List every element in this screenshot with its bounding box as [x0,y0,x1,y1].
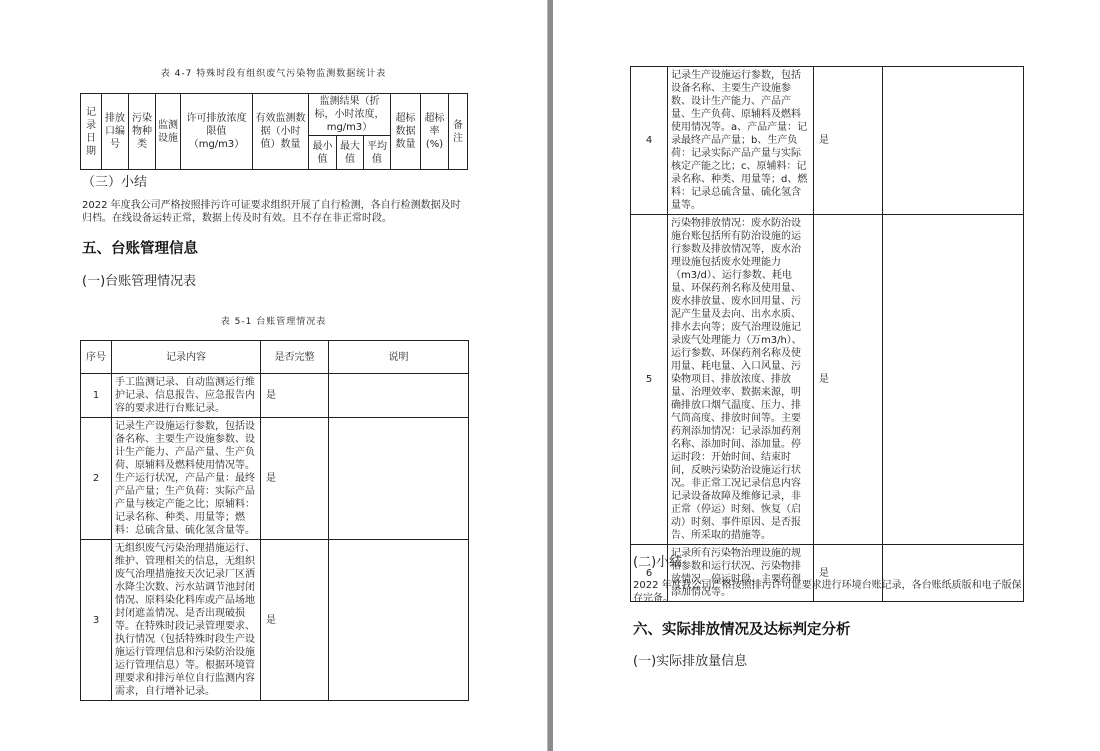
table-4-7-caption: 表 4-7 特殊时段有组织废气污染物监测数据统计表 [80,66,467,79]
row-note [883,215,1024,545]
row-complete: 是 [261,418,329,540]
row-content: 手工监测记录、自动监测运行维护记录、信息报告、应急报告内容的要求进行台账记录。 [112,374,261,418]
row-no: 2 [81,418,112,540]
col-avg: 平均值 [364,136,391,170]
row-content: 污染物排放情况：废水防治设施台账包括所有防治设施的运行参数及排放情况等，废水治理… [668,215,814,545]
row-note [329,418,469,540]
col-note: 说明 [329,341,469,374]
table-5-1: 序号 记录内容 是否完整 说明 1 手工监测记录、自动监测运行维护记录、信息报告… [80,340,469,701]
col-pollutant-type: 污染物种类 [129,94,156,170]
row-content: 记录生产设施运行参数，包括设备名称、主要生产设施参数、设计生产能力、产品产量、生… [668,67,814,215]
col-max: 最大值 [337,136,364,170]
right-page: 4 记录生产设施运行参数，包括设备名称、主要生产设施参数、设计生产能力、产品产量… [553,0,1100,751]
row-content: 无组织废气污染治理措施运行、维护、管理相关的信息，无组织废气治理措施按天次记录厂… [112,540,261,701]
table-row: 2 记录生产设施运行参数，包括设备名称、主要生产设施参数、设计生产能力、产品产量… [81,418,469,540]
section-5-subtitle: (一)台账管理情况表 [82,270,196,289]
col-exceed-rate: 超标率(%) [421,94,449,170]
summary-2-title: (二)小结 [633,551,682,570]
table-row: 4 记录生产设施运行参数，包括设备名称、主要生产设施参数、设计生产能力、产品产量… [631,67,1024,215]
row-complete: 是 [814,67,883,215]
table-row: 1 手工监测记录、自动监测运行维护记录、信息报告、应急报告内容的要求进行台账记录… [81,374,469,418]
table-row: 5 污染物排放情况：废水防治设施台账包括所有防治设施的运行参数及排放情况等，废水… [631,215,1024,545]
left-page: 表 4-7 特殊时段有组织废气污染物监测数据统计表 记录日期 排放口编号 污染物… [0,0,547,751]
col-content: 记录内容 [112,341,261,374]
row-no: 1 [81,374,112,418]
section-5-title: 五、台账管理信息 [82,237,198,258]
row-complete: 是 [261,374,329,418]
row-note [883,67,1024,215]
table-5-1-continued: 4 记录生产设施运行参数，包括设备名称、主要生产设施参数、设计生产能力、产品产量… [630,66,1024,602]
col-complete: 是否完整 [261,341,329,374]
col-exceed-count: 超标数据数量 [391,94,421,170]
col-valid-data-count: 有效监测数据（小时值）数量 [253,94,309,170]
row-no: 3 [81,540,112,701]
table-5-1-caption: 表 5-1 台账管理情况表 [80,314,467,327]
section-6-title: 六、实际排放情况及达标判定分析 [633,618,851,639]
col-monitoring-facility: 监测设施 [156,94,181,170]
row-no: 4 [631,67,668,215]
col-seq: 序号 [81,341,112,374]
row-complete: 是 [814,215,883,545]
section-6-subtitle: (一)实际排放量信息 [633,650,747,669]
summary-2-text: 2022 年度我公司严格按照排污许可证要求进行环境台账记录，各台账纸质版和电子版… [633,579,1025,605]
col-permitted-limit: 许可排放浓度限值（mg/m3） [181,94,253,170]
col-record-date: 记录日期 [81,94,102,170]
col-monitoring-result: 监测结果（折标，小时浓度，mg/m3） [309,94,391,136]
col-remarks: 备注 [449,94,468,170]
row-no: 5 [631,215,668,545]
table-4-7: 记录日期 排放口编号 污染物种类 监测设施 许可排放浓度限值（mg/m3） 有效… [80,93,468,170]
col-outlet-no: 排放口编号 [102,94,129,170]
col-min: 最小值 [309,136,337,170]
row-content: 记录生产设施运行参数，包括设备名称、主要生产设施参数、设计生产能力、产品产量、生… [112,418,261,540]
row-complete: 是 [261,540,329,701]
summary-3-text: 2022 年度我公司严格按照排污许可证要求组织开展了自行检测，各自行检测数据及时… [82,199,467,225]
row-note [329,374,469,418]
row-note [329,540,469,701]
table-row: 3 无组织废气污染治理措施运行、维护、管理相关的信息，无组织废气治理措施按天次记… [81,540,469,701]
summary-3-title: （三）小结 [82,171,147,190]
